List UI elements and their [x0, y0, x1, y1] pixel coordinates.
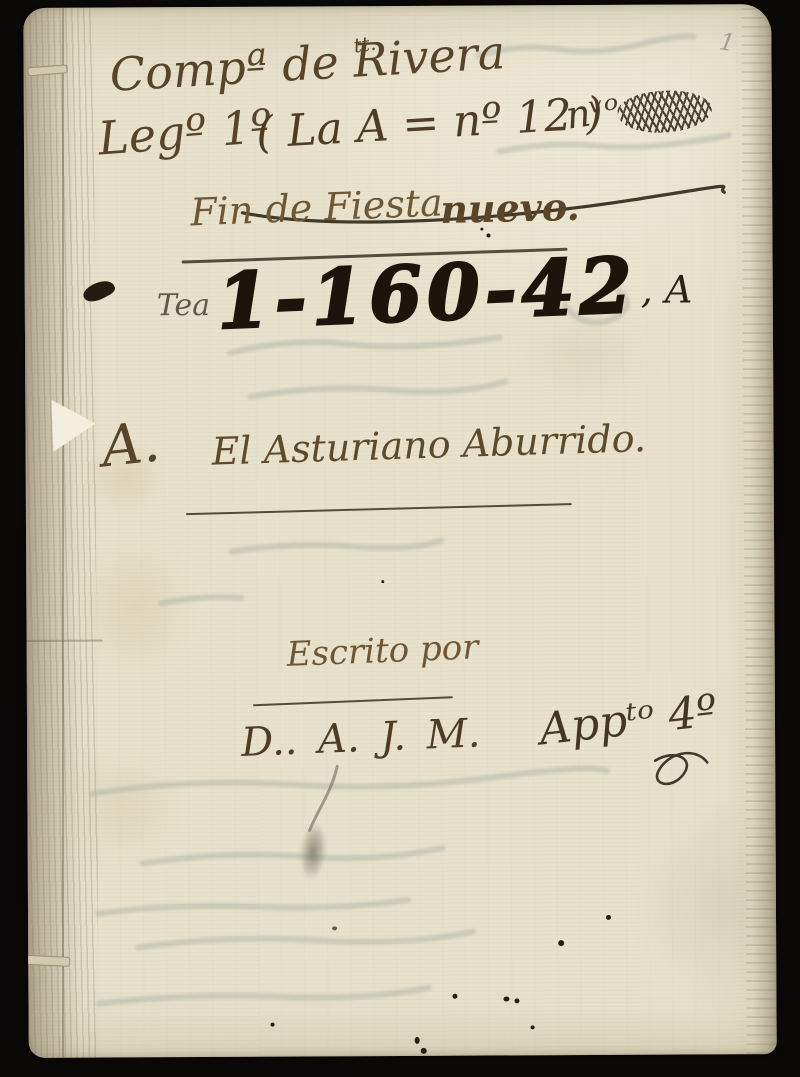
- manuscript-page: Compª de Rivera tt. Legº 1º ( La A = nº …: [23, 4, 776, 1058]
- ink-speck: [421, 1048, 427, 1054]
- shelfmark-prefix: Tea: [157, 291, 210, 321]
- play-title: El Asturiano Aburrido.: [211, 419, 646, 471]
- divider-rule: [186, 503, 572, 515]
- ink-speck: [271, 1023, 275, 1027]
- ink-speck: [531, 1025, 535, 1029]
- shelfmark-number: 1-160-42: [215, 247, 638, 340]
- catalog-suffix: nᵛᵒ: [563, 89, 621, 134]
- ink-speck: [558, 940, 564, 946]
- ink-speck: [480, 228, 483, 231]
- ink-blot: [81, 276, 117, 306]
- company-flourish: tt.: [352, 33, 377, 56]
- ink-speck: [503, 996, 509, 1001]
- ink-speck: [415, 1037, 420, 1044]
- title-initial: A.: [99, 414, 163, 476]
- ink-speck: [486, 234, 490, 238]
- approbation-mark: Appᵗᵒ 4º: [537, 689, 719, 752]
- legajo-label: Legº 1º: [96, 103, 273, 162]
- ink-drip-trail: [309, 766, 337, 830]
- ink-speck: [452, 994, 457, 999]
- signature-flourish: [655, 753, 707, 784]
- author-initials: D.. A. J. M.: [240, 713, 481, 763]
- folio-number: 1: [718, 29, 737, 55]
- genre-emphasis: nuevo.: [440, 188, 580, 229]
- strikethrough-scribble: [616, 86, 714, 138]
- vertical-fold-crease: [62, 8, 64, 1058]
- horizontal-crease: [27, 640, 103, 642]
- ink-speck: [381, 580, 384, 583]
- photograph-background: Compª de Rivera tt. Legº 1º ( La A = nº …: [0, 0, 800, 1077]
- folded-page-corner: [51, 400, 95, 452]
- ink-speck: [606, 915, 611, 920]
- deckle-edge: [741, 4, 776, 1054]
- ink-smudge: [297, 821, 330, 881]
- genre-line: Fin de Fiesta: [190, 183, 444, 231]
- binding-thread: [24, 955, 70, 967]
- catalog-number: ( La A = nº 12 ): [255, 92, 604, 156]
- ink-speck: [332, 926, 337, 930]
- divider-rule: [253, 696, 453, 706]
- written-by-line: Escrito por: [286, 630, 479, 672]
- ink-speck: [514, 998, 519, 1003]
- shelfmark-suffix: , A: [641, 270, 693, 308]
- book-spine-edge: [23, 8, 98, 1058]
- company-line: Compª de Rivera: [109, 29, 507, 98]
